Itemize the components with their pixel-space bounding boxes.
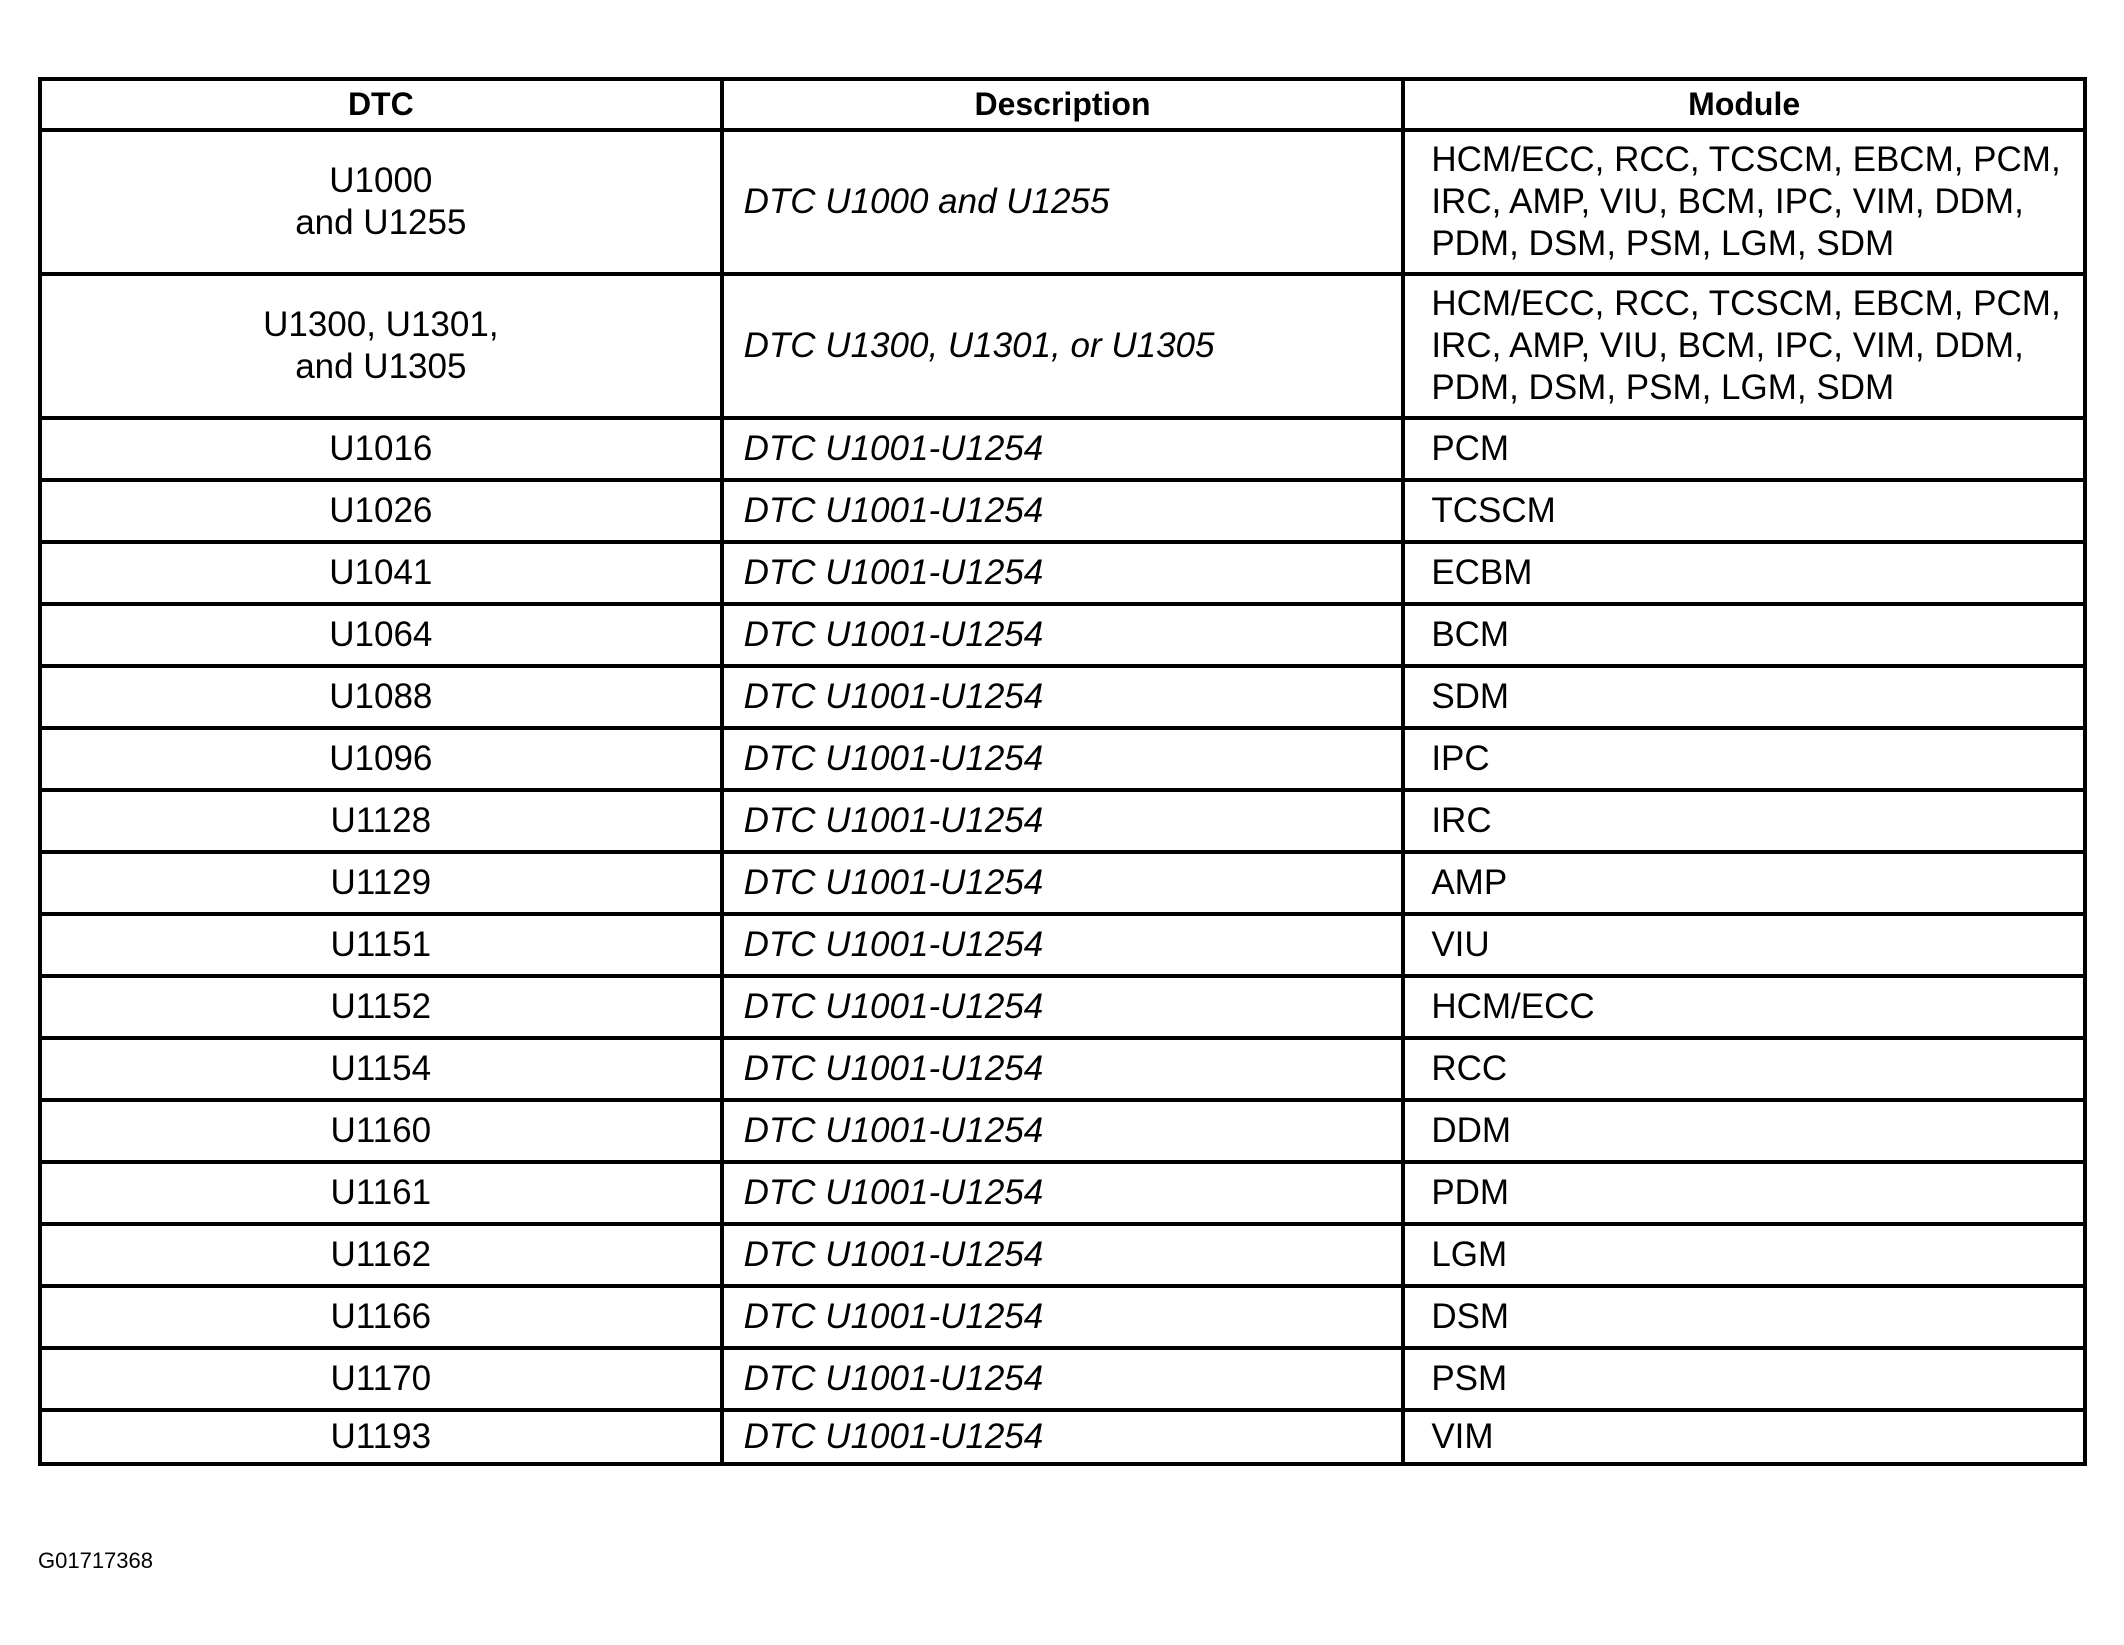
table-row: U1152DTC U1001-U1254HCM/ECC bbox=[40, 976, 2085, 1038]
dtc-cell: U1128 bbox=[40, 790, 722, 852]
table-row: U1016DTC U1001-U1254PCM bbox=[40, 418, 2085, 480]
header-description: Description bbox=[722, 79, 1404, 130]
description-cell: DTC U1001-U1254 bbox=[722, 1286, 1404, 1348]
description-cell: DTC U1001-U1254 bbox=[722, 1038, 1404, 1100]
table-row: U1154DTC U1001-U1254RCC bbox=[40, 1038, 2085, 1100]
module-cell: SDM bbox=[1403, 666, 2085, 728]
description-cell: DTC U1001-U1254 bbox=[722, 604, 1404, 666]
module-cell: RCC bbox=[1403, 1038, 2085, 1100]
description-cell: DTC U1000 and U1255 bbox=[722, 130, 1404, 274]
table-row: U1170DTC U1001-U1254PSM bbox=[40, 1348, 2085, 1410]
dtc-cell: U1064 bbox=[40, 604, 722, 666]
description-cell: DTC U1001-U1254 bbox=[722, 914, 1404, 976]
description-cell: DTC U1001-U1254 bbox=[722, 1348, 1404, 1410]
module-cell: VIU bbox=[1403, 914, 2085, 976]
dtc-cell: U1016 bbox=[40, 418, 722, 480]
dtc-cell: U1096 bbox=[40, 728, 722, 790]
description-cell: DTC U1001-U1254 bbox=[722, 976, 1404, 1038]
dtc-cell: U1300, U1301,and U1305 bbox=[40, 274, 722, 418]
table-row: U1300, U1301,and U1305DTC U1300, U1301, … bbox=[40, 274, 2085, 418]
module-cell: PDM bbox=[1403, 1162, 2085, 1224]
table-row: U1129DTC U1001-U1254AMP bbox=[40, 852, 2085, 914]
module-cell: BCM bbox=[1403, 604, 2085, 666]
module-cell: LGM bbox=[1403, 1224, 2085, 1286]
dtc-cell: U1161 bbox=[40, 1162, 722, 1224]
header-dtc: DTC bbox=[40, 79, 722, 130]
dtc-cell: U1026 bbox=[40, 480, 722, 542]
description-cell: DTC U1001-U1254 bbox=[722, 852, 1404, 914]
table-row: U1166DTC U1001-U1254DSM bbox=[40, 1286, 2085, 1348]
dtc-cell: U1162 bbox=[40, 1224, 722, 1286]
dtc-cell: U1160 bbox=[40, 1100, 722, 1162]
table-body: U1000and U1255DTC U1000 and U1255HCM/ECC… bbox=[40, 130, 2085, 1464]
description-cell: DTC U1300, U1301, or U1305 bbox=[722, 274, 1404, 418]
table-row: U1193DTC U1001-U1254VIM bbox=[40, 1410, 2085, 1464]
dtc-module-table: DTC Description Module U1000and U1255DTC… bbox=[38, 77, 2087, 1466]
module-cell: HCM/ECC, RCC, TCSCM, EBCM, PCM,IRC, AMP,… bbox=[1403, 274, 2085, 418]
description-cell: DTC U1001-U1254 bbox=[722, 1224, 1404, 1286]
dtc-cell: U1170 bbox=[40, 1348, 722, 1410]
table-row: U1041DTC U1001-U1254ECBM bbox=[40, 542, 2085, 604]
module-cell: DDM bbox=[1403, 1100, 2085, 1162]
description-cell: DTC U1001-U1254 bbox=[722, 480, 1404, 542]
table-row: U1026DTC U1001-U1254TCSCM bbox=[40, 480, 2085, 542]
dtc-cell: U1151 bbox=[40, 914, 722, 976]
description-cell: DTC U1001-U1254 bbox=[722, 728, 1404, 790]
module-cell: HCM/ECC, RCC, TCSCM, EBCM, PCM,IRC, AMP,… bbox=[1403, 130, 2085, 274]
table-row: U1096DTC U1001-U1254IPC bbox=[40, 728, 2085, 790]
table-row: U1151DTC U1001-U1254VIU bbox=[40, 914, 2085, 976]
description-cell: DTC U1001-U1254 bbox=[722, 542, 1404, 604]
description-cell: DTC U1001-U1254 bbox=[722, 1162, 1404, 1224]
table-row: U1088DTC U1001-U1254SDM bbox=[40, 666, 2085, 728]
header-module: Module bbox=[1403, 79, 2085, 130]
module-cell: PCM bbox=[1403, 418, 2085, 480]
table-row: U1000and U1255DTC U1000 and U1255HCM/ECC… bbox=[40, 130, 2085, 274]
table-row: U1162DTC U1001-U1254LGM bbox=[40, 1224, 2085, 1286]
table-header-row: DTC Description Module bbox=[40, 79, 2085, 130]
module-cell: TCSCM bbox=[1403, 480, 2085, 542]
table-row: U1160DTC U1001-U1254DDM bbox=[40, 1100, 2085, 1162]
table-row: U1064DTC U1001-U1254BCM bbox=[40, 604, 2085, 666]
dtc-cell: U1041 bbox=[40, 542, 722, 604]
dtc-cell: U1193 bbox=[40, 1410, 722, 1464]
description-cell: DTC U1001-U1254 bbox=[722, 1410, 1404, 1464]
dtc-cell: U1154 bbox=[40, 1038, 722, 1100]
module-cell: IPC bbox=[1403, 728, 2085, 790]
module-cell: IRC bbox=[1403, 790, 2085, 852]
table-row: U1161DTC U1001-U1254PDM bbox=[40, 1162, 2085, 1224]
figure-id: G01717368 bbox=[38, 1548, 153, 1574]
description-cell: DTC U1001-U1254 bbox=[722, 1100, 1404, 1162]
dtc-cell: U1129 bbox=[40, 852, 722, 914]
table-row: U1128DTC U1001-U1254IRC bbox=[40, 790, 2085, 852]
module-cell: AMP bbox=[1403, 852, 2085, 914]
dtc-cell: U1088 bbox=[40, 666, 722, 728]
description-cell: DTC U1001-U1254 bbox=[722, 666, 1404, 728]
module-cell: ECBM bbox=[1403, 542, 2085, 604]
module-cell: PSM bbox=[1403, 1348, 2085, 1410]
dtc-cell: U1166 bbox=[40, 1286, 722, 1348]
description-cell: DTC U1001-U1254 bbox=[722, 790, 1404, 852]
dtc-cell: U1000and U1255 bbox=[40, 130, 722, 274]
module-cell: HCM/ECC bbox=[1403, 976, 2085, 1038]
description-cell: DTC U1001-U1254 bbox=[722, 418, 1404, 480]
dtc-cell: U1152 bbox=[40, 976, 722, 1038]
module-cell: DSM bbox=[1403, 1286, 2085, 1348]
module-cell: VIM bbox=[1403, 1410, 2085, 1464]
